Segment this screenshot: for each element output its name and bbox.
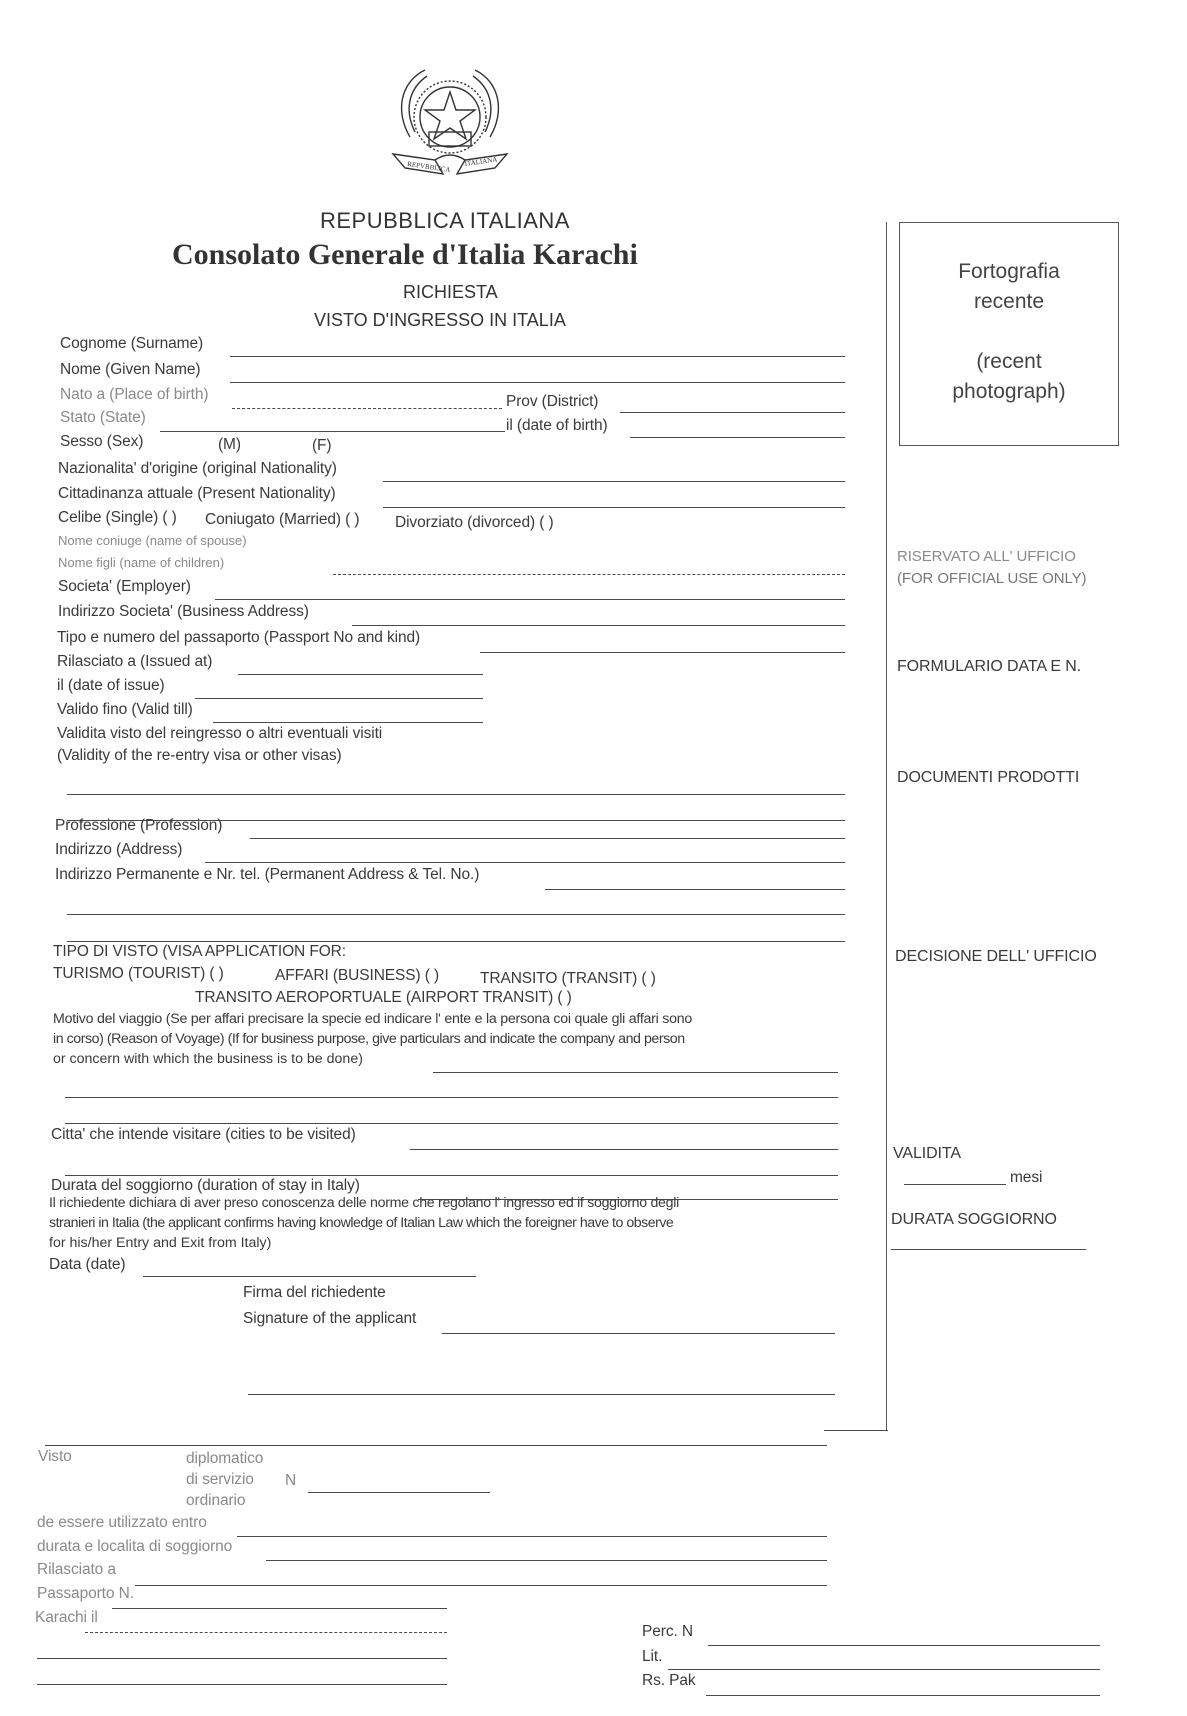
mesi-label: mesi [1010,1169,1042,1187]
signature-label-en: Signature of the applicant [243,1310,416,1328]
photo-label-it-2: recente [900,287,1118,317]
marital-divorced-option[interactable]: Divorziato (divorced) ( ) [395,514,554,532]
fill-line [232,408,502,409]
surname-label: Cognome (Surname) [60,335,203,353]
profession-input[interactable] [250,819,845,837]
address-input[interactable] [205,843,845,861]
sex-label: Sesso (Sex) [60,433,143,451]
fill-line [433,1072,838,1073]
photo-label-it: Fortografia [900,257,1118,287]
durata-soggiorno-label: DURATA SOGGIORNO [891,1211,1057,1229]
fill-line [112,1608,447,1609]
visa-diplomatic-option[interactable]: diplomatico [186,1450,263,1468]
fill-line [237,1536,827,1537]
children-names-input[interactable] [333,556,845,574]
passport-kind-label: Tipo e numero del passaporto (Passport N… [57,629,420,647]
duration-label: Durata del soggiorno (duration of stay i… [51,1177,360,1195]
surname-input[interactable] [230,338,845,356]
fill-line [215,599,845,600]
profession-label: Professione (Profession) [55,817,222,835]
issued-at-label: Rilasciato a (Issued at) [57,653,212,671]
reason-input-2[interactable] [65,1078,838,1096]
header-request: RICHIESTA [403,282,498,303]
fill-line [37,1658,447,1659]
fill-line [545,889,845,890]
fill-line [824,1430,888,1431]
lit-input[interactable] [668,1650,1100,1668]
state-input[interactable] [160,412,505,430]
official-panel-border [886,222,887,1430]
reason-label-3: or concern with which the business is to… [53,1051,363,1067]
visa-transit-option[interactable]: TRANSITO (TRANSIT) ( ) [480,970,656,988]
fill-line [248,1394,835,1395]
permanent-address-input-2[interactable] [67,895,845,913]
rs-pak-label: Rs. Pak [642,1672,696,1690]
header-visa-title: VISTO D'INGRESSO IN ITALIA [314,310,566,331]
children-names-label: Nome figli (name of children) [58,555,224,570]
reason-input-3[interactable] [65,1104,838,1122]
original-nationality-input[interactable] [383,462,845,480]
given-name-label: Nome (Given Name) [60,361,200,379]
issued-to-input[interactable] [135,1566,827,1584]
karachi-date-input[interactable] [85,1613,447,1631]
validita-months-input[interactable] [904,1166,1006,1184]
fill-line [67,941,845,942]
fill-line [67,914,845,915]
reentry-validity-label-en: (Validity of the re-entry visa or other … [57,747,342,765]
decisione-label: DECISIONE DELL' UFFICIO [895,948,1097,966]
district-input[interactable] [620,393,845,411]
fill-line [333,574,845,575]
permanent-address-label: Indirizzo Permanente e Nr. tel. (Permane… [55,866,479,884]
fill-line [65,1175,838,1176]
fill-line [266,1560,827,1561]
declaration-1: Il richiedente dichiara di aver preso co… [49,1195,679,1211]
place-of-birth-input[interactable] [232,389,502,407]
use-within-label: de essere utilizzato entro [37,1514,207,1532]
fill-line [250,838,845,839]
spouse-name-input[interactable] [310,533,845,551]
fill-line [352,625,845,626]
fill-line [213,722,483,723]
valid-till-input[interactable] [213,703,483,721]
official-use-label: (FOR OFFICIAL USE ONLY) [897,570,1086,587]
emblem-of-italy-icon: REPVBBLICA ITALIANA [385,62,515,187]
visa-type-heading: TIPO DI VISTO (VISA APPLICATION FOR: [53,943,346,961]
fill-line [668,1669,1100,1670]
district-label: Prov (District) [506,393,598,411]
reentry-validity-input-1[interactable] [67,775,845,793]
sex-male-option[interactable]: (M) [218,436,241,454]
valid-till-label: Valido fino (Valid till) [57,701,193,719]
signature-label-it: Firma del richiedente [243,1284,386,1302]
spouse-name-label: Nome coniuge (name of spouse) [58,533,247,548]
duration-location-input[interactable] [266,1541,827,1559]
reason-input[interactable] [433,1053,838,1071]
date-of-birth-label: il (date of birth) [506,417,608,435]
issued-at-input[interactable] [238,655,483,673]
fill-line [205,862,845,863]
permanent-address-input[interactable] [545,870,845,888]
declaration-3: for his/her Entry and Exit from Italy) [49,1235,271,1251]
reentry-validity-label-it: Validita visto del reingresso o altri ev… [57,725,382,743]
fill-line [135,1585,827,1586]
fill-line [45,1445,827,1446]
fill-line [85,1632,447,1633]
svg-text:ITALIANA: ITALIANA [464,155,498,167]
declaration-2: stranieri in Italia (the applicant confi… [49,1215,673,1231]
rs-pak-input[interactable] [706,1676,1100,1694]
perc-input[interactable] [708,1626,1100,1644]
header-republic: REPUBBLICA ITALIANA [320,208,570,234]
duration-location-label: durata e localita di soggiorno [37,1538,232,1556]
fill-line [65,1123,838,1124]
documenti-label: DOCUMENTI PRODOTTI [897,769,1079,787]
place-of-birth-label: Nato a (Place of birth) [60,386,208,404]
date-of-birth-input[interactable] [630,418,845,436]
durata-soggiorno-input[interactable] [891,1230,1086,1248]
fill-line [308,1492,490,1493]
fill-line [383,507,845,508]
fill-line [706,1695,1100,1696]
address-label: Indirizzo (Address) [55,841,182,859]
fill-line [383,481,845,482]
employer-input[interactable] [215,580,845,598]
reserved-office-label: RISERVATO ALL' UFFICIO [897,548,1076,565]
photo-box[interactable]: Fortografia recente (recent photograph) [899,222,1119,446]
visa-ordinary-option[interactable]: ordinario [186,1492,245,1510]
validita-label: VALIDITA [893,1145,961,1163]
header-consulate: Consolato Generale d'Italia Karachi [172,238,638,272]
perc-label: Perc. N [642,1623,693,1641]
visa-business-option[interactable]: AFFARI (BUSINESS) ( ) [275,967,439,985]
fill-line [442,1333,835,1334]
visa-number-input[interactable] [308,1474,490,1492]
fill-line [67,794,845,795]
state-label: Stato (State) [60,409,146,427]
cities-label: Citta' che intende visitare (cities to b… [51,1126,356,1144]
fill-line [410,1149,838,1150]
business-address-input[interactable] [352,606,845,624]
visa-number-label: N [285,1472,296,1490]
fill-line [195,698,483,699]
fill-line [65,1097,838,1098]
fill-line [160,431,505,432]
photo-label-en-2: photograph) [900,377,1118,407]
formulario-label: FORMULARIO DATA E N. [897,658,1081,676]
fill-line [904,1184,1006,1185]
reason-label-2: in corso) (Reason of Voyage) (If for bus… [53,1031,685,1047]
present-nationality-label: Cittadinanza attuale (Present Nationalit… [58,485,336,503]
marital-married-option[interactable]: Coniugato (Married) ( ) [205,511,359,529]
visa-airport-transit-option[interactable]: TRANSITO AEROPORTUALE (AIRPORT TRANSIT) … [195,989,572,1007]
fill-line [620,412,845,413]
passport-number-input[interactable] [112,1589,447,1607]
fill-line [143,1276,476,1277]
employer-label: Societa' (Employer) [58,578,191,596]
date-input[interactable] [143,1257,476,1275]
date-of-issue-label: il (date of issue) [57,677,165,695]
date-label: Data (date) [49,1256,125,1274]
present-nationality-input[interactable] [383,488,845,506]
lit-label: Lit. [642,1648,662,1666]
fill-line [891,1249,1086,1250]
reason-label-1: Motivo del viaggio (Se per affari precis… [53,1011,692,1027]
marital-single-option[interactable]: Celibe (Single) ( ) [58,509,177,527]
visto-label: Visto [38,1448,72,1466]
fill-line [630,437,845,438]
use-within-input[interactable] [237,1517,827,1535]
original-nationality-label: Nazionalita' d'origine (original Nationa… [58,460,337,478]
fill-line [230,356,845,357]
cities-input-2[interactable] [65,1156,838,1174]
fill-line [238,674,483,675]
business-address-label: Indirizzo Societa' (Business Address) [58,603,309,621]
cities-input[interactable] [410,1130,838,1148]
permanent-address-input-3[interactable] [67,922,845,940]
issued-to-label: Rilasciato a [37,1561,116,1579]
fill-line [37,1684,447,1685]
passport-kind-input[interactable] [480,633,845,651]
visa-tourist-option[interactable]: TURISMO (TOURIST) ( ) [53,965,224,983]
fill-line [230,382,845,383]
visa-service-option[interactable]: di servizio [186,1471,254,1489]
sex-female-option[interactable]: (F) [312,437,332,455]
given-name-input[interactable] [230,363,845,381]
date-of-issue-input[interactable] [195,679,483,697]
fill-line [708,1645,1100,1646]
signature-input[interactable] [442,1314,835,1332]
photo-label-en: (recent [900,347,1118,377]
fill-line [480,652,845,653]
